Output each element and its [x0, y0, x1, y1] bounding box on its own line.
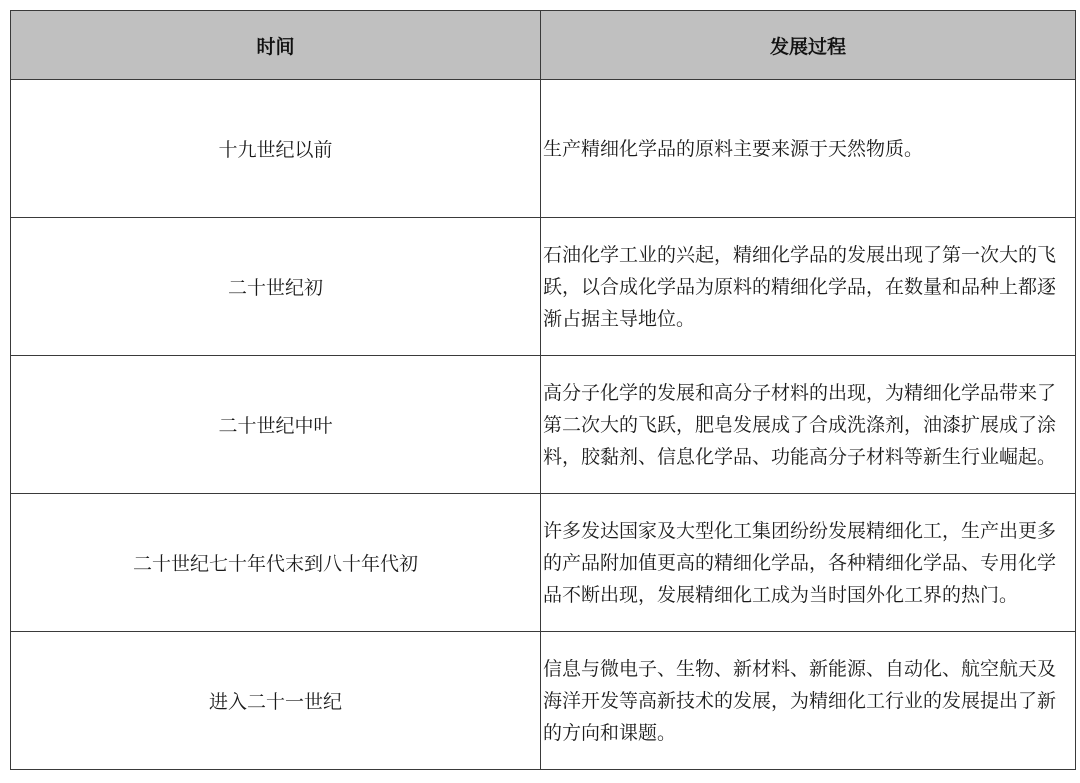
history-table-container: 时间 发展过程 十九世纪以前 生产精细化学品的原料主要来源于天然物质。 二十世纪…	[10, 10, 1075, 770]
time-cell: 二十世纪中叶	[11, 356, 541, 494]
time-cell: 二十世纪七十年代末到八十年代初	[11, 494, 541, 632]
fine-chemicals-history-table: 时间 发展过程 十九世纪以前 生产精细化学品的原料主要来源于天然物质。 二十世纪…	[10, 10, 1076, 770]
time-cell: 进入二十一世纪	[11, 632, 541, 770]
header-row: 时间 发展过程	[11, 11, 1076, 80]
process-cell: 石油化学工业的兴起，精细化学品的发展出现了第一次大的飞跃，以合成化学品为原料的精…	[541, 218, 1076, 356]
table-body: 十九世纪以前 生产精细化学品的原料主要来源于天然物质。 二十世纪初 石油化学工业…	[11, 80, 1076, 770]
table-row: 十九世纪以前 生产精细化学品的原料主要来源于天然物质。	[11, 80, 1076, 218]
process-cell: 生产精细化学品的原料主要来源于天然物质。	[541, 80, 1076, 218]
table-header: 时间 发展过程	[11, 11, 1076, 80]
table-row: 二十世纪中叶 高分子化学的发展和高分子材料的出现，为精细化学品带来了第二次大的飞…	[11, 356, 1076, 494]
header-process: 发展过程	[541, 11, 1076, 80]
table-row: 二十世纪七十年代末到八十年代初 许多发达国家及大型化工集团纷纷发展精细化工，生产…	[11, 494, 1076, 632]
time-cell: 二十世纪初	[11, 218, 541, 356]
table-row: 二十世纪初 石油化学工业的兴起，精细化学品的发展出现了第一次大的飞跃，以合成化学…	[11, 218, 1076, 356]
table-row: 进入二十一世纪 信息与微电子、生物、新材料、新能源、自动化、航空航天及海洋开发等…	[11, 632, 1076, 770]
time-cell: 十九世纪以前	[11, 80, 541, 218]
header-time: 时间	[11, 11, 541, 80]
process-cell: 信息与微电子、生物、新材料、新能源、自动化、航空航天及海洋开发等高新技术的发展，…	[541, 632, 1076, 770]
process-cell: 高分子化学的发展和高分子材料的出现，为精细化学品带来了第二次大的飞跃，肥皂发展成…	[541, 356, 1076, 494]
process-cell: 许多发达国家及大型化工集团纷纷发展精细化工，生产出更多的产品附加值更高的精细化学…	[541, 494, 1076, 632]
